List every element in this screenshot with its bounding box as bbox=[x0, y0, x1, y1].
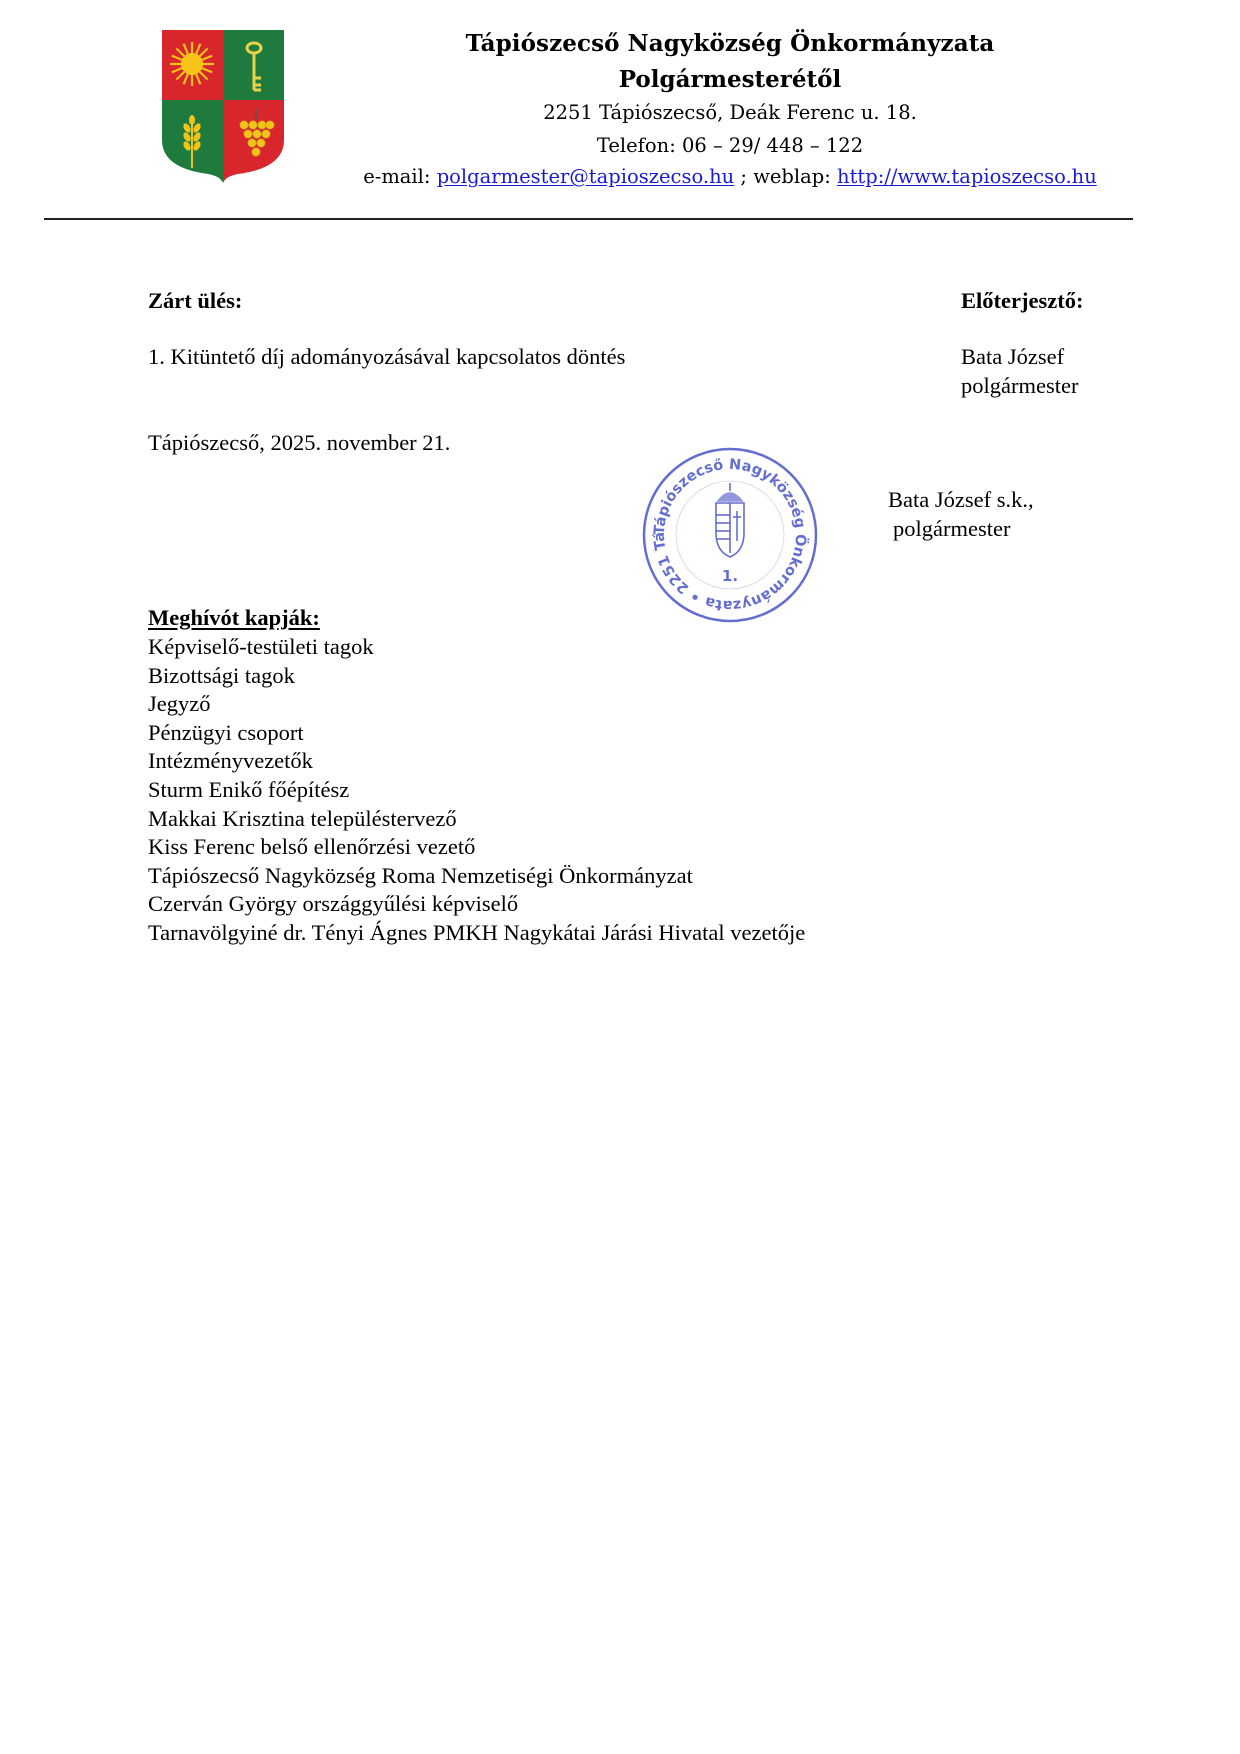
letterhead-phone: Telefon: 06 – 29/ 448 – 122 bbox=[330, 134, 1130, 157]
list-item: Jegyző bbox=[148, 690, 805, 719]
recipients-heading: Meghívót kapják: bbox=[148, 604, 320, 633]
presenter-name: Bata József bbox=[961, 343, 1064, 372]
letterhead-title: Tápiószecső Nagyközség Önkormányzata bbox=[330, 30, 1130, 57]
hungarian-coat-of-arms-icon bbox=[716, 483, 744, 557]
list-item: Pénzügyi csoport bbox=[148, 719, 805, 748]
list-item: Kiss Ferenc belső ellenőrzési vezető bbox=[148, 833, 805, 862]
official-seal-icon: Tápiószecső Nagyközség Önkormányzata • 2… bbox=[640, 445, 820, 625]
svg-text:1.: 1. bbox=[722, 567, 738, 585]
email-link[interactable]: polgarmester@tapioszecso.hu bbox=[437, 165, 735, 188]
list-item: Sturm Enikő főépítész bbox=[148, 776, 805, 805]
letterhead-address: 2251 Tápiószecső, Deák Ferenc u. 18. bbox=[330, 101, 1130, 124]
recipients-list: Képviselő-testületi tagok Bizottsági tag… bbox=[148, 633, 805, 948]
list-item: Bizottsági tagok bbox=[148, 662, 805, 691]
website-link[interactable]: http://www.tapioszecso.hu bbox=[837, 165, 1097, 188]
list-item: Tápiószecső Nagyközség Roma Nemzetiségi … bbox=[148, 862, 805, 891]
web-label: weblap: bbox=[753, 165, 831, 188]
sun-icon bbox=[170, 42, 214, 86]
list-item: Tarnavölgyiné dr. Tényi Ágnes PMKH Nagyk… bbox=[148, 919, 805, 948]
email-label: e-mail: bbox=[363, 165, 430, 188]
list-item: Intézményvezetők bbox=[148, 747, 805, 776]
municipal-coat-of-arms-icon bbox=[160, 28, 286, 183]
date-line: Tápiószecső, 2025. november 21. bbox=[148, 429, 450, 458]
list-item: Makkai Krisztina településtervező bbox=[148, 805, 805, 834]
agenda-item: 1. Kitüntető díj adományozásával kapcsol… bbox=[148, 343, 625, 372]
list-item: Képviselő-testületi tagok bbox=[148, 633, 805, 662]
letterhead-subtitle: Polgármesterétől bbox=[330, 66, 1130, 93]
list-item: Czerván György országgyűlési képviselő bbox=[148, 890, 805, 919]
contact-separator: ; bbox=[740, 165, 747, 188]
signature-name: Bata József s.k., bbox=[888, 486, 1034, 515]
session-type-heading: Zárt ülés: bbox=[148, 287, 242, 316]
letterhead-contact-line: e-mail: polgarmester@tapioszecso.hu ; we… bbox=[330, 165, 1130, 188]
signature-title: polgármester bbox=[893, 515, 1010, 544]
presenter-heading: Előterjesztő: bbox=[961, 287, 1083, 316]
presenter-title: polgármester bbox=[961, 372, 1078, 401]
letterhead-divider bbox=[44, 218, 1133, 220]
